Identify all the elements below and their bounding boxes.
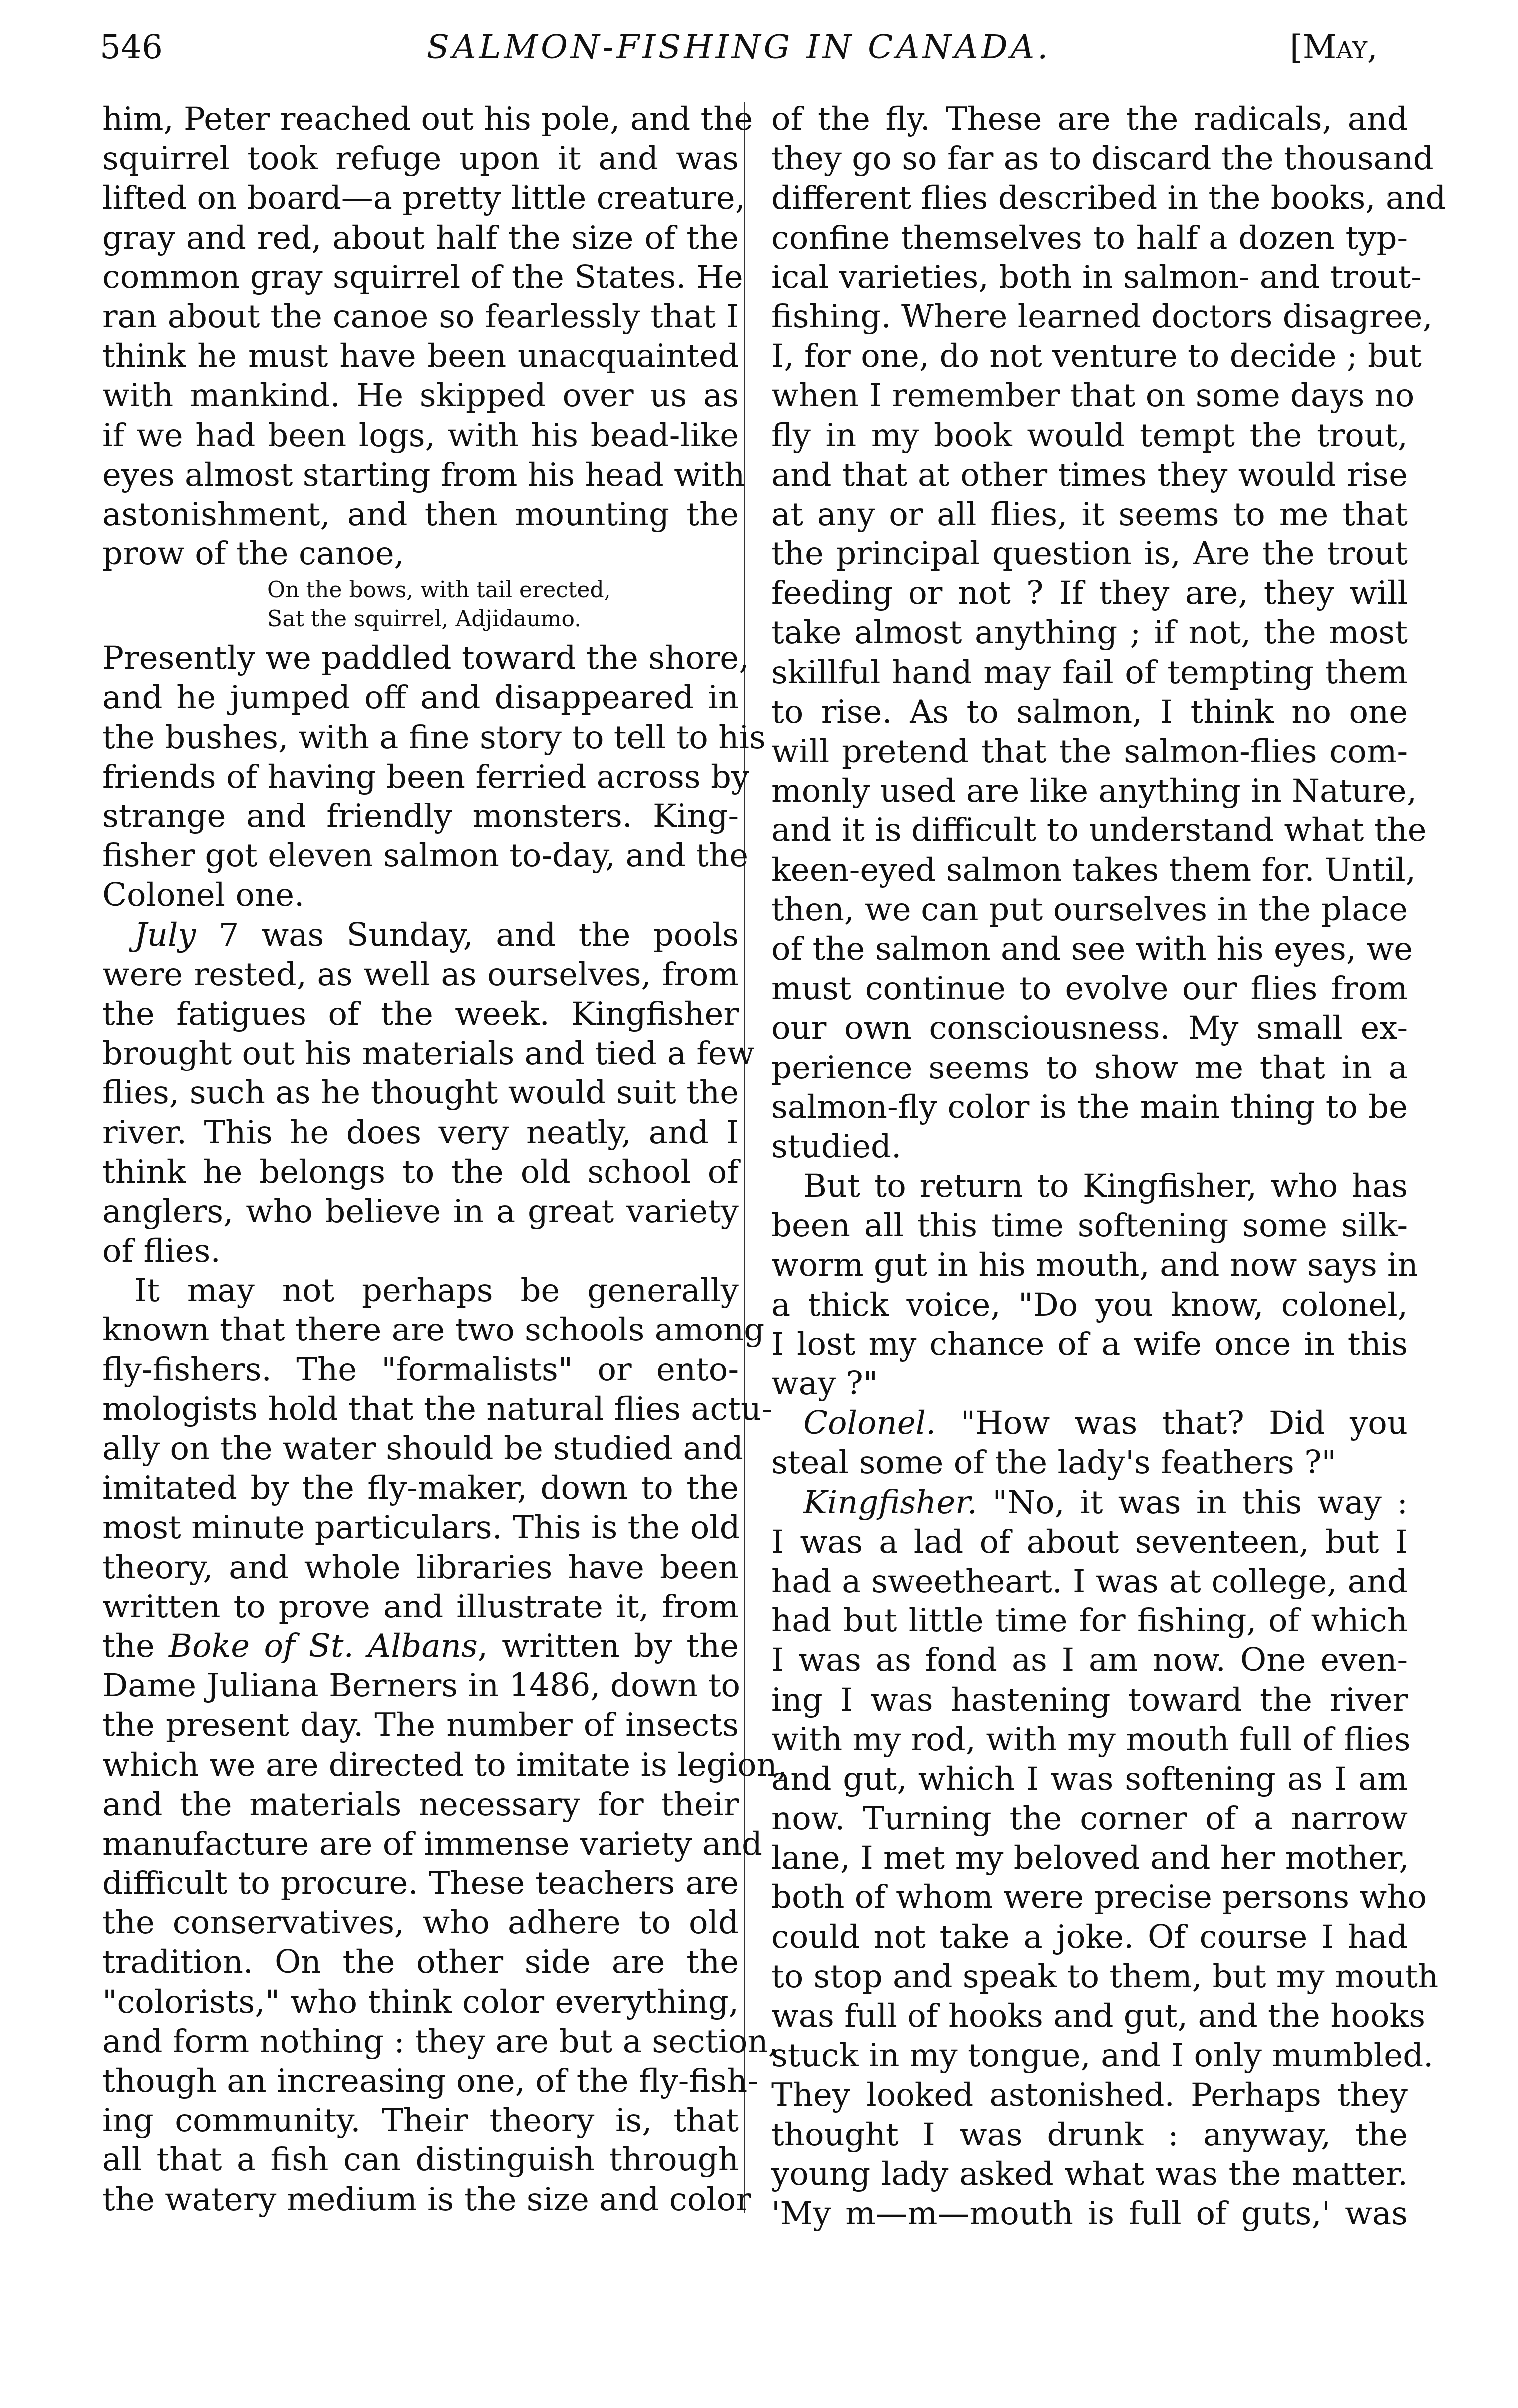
text-line: imitated by the fly-maker, down to the [102, 1469, 739, 1508]
text-line: difficult to procure. These teachers are [102, 1864, 739, 1903]
text-line: were rested, as well as ourselves, from [102, 955, 739, 995]
text-line: the bushes, with a fine story to tell to… [102, 718, 739, 758]
text-line: fly-fishers. The "formalists" or ento- [102, 1350, 739, 1390]
text-line: Colonel. "How was that? Did you [771, 1404, 1408, 1443]
text-line: Presently we paddled toward the shore, [102, 639, 739, 678]
text-line: way ?" [771, 1364, 1408, 1404]
text-line: tradition. On the other side are the [102, 1943, 739, 1982]
text-line: young lady asked what was the matter. [771, 2155, 1408, 2194]
text-line: ical varieties, both in salmon- and trou… [771, 258, 1408, 297]
text-line: feeding or not ? If they are, they will [771, 574, 1408, 613]
paragraph-kingfisher: Kingfisher. "No, it was in this way : I … [771, 1483, 1408, 2234]
text-line: of the salmon and see with his eyes, we [771, 930, 1408, 969]
text-line: think he belongs to the old school of [102, 1153, 739, 1192]
text-line: mologists hold that the natural flies ac… [102, 1390, 739, 1429]
text-line: to rise. As to salmon, I think no one [771, 693, 1408, 732]
text-line: keen-eyed salmon takes them for. Until, [771, 851, 1408, 890]
text-line: and the materials necessary for their [102, 1785, 739, 1825]
date-emphasis: July [134, 917, 196, 954]
text-line: They looked astonished. Perhaps they [771, 2076, 1408, 2115]
text-line: But to return to Kingfisher, who has [771, 1167, 1408, 1206]
text-line: of flies. [102, 1232, 739, 1271]
left-column: him, Peter reached out his pole, and the… [102, 100, 739, 2220]
running-head: 546 SALMON-FISHING IN CANADA. [May, [100, 20, 1378, 75]
text-fragment: the [102, 1628, 169, 1665]
text-line: all that a fish can distinguish through [102, 2140, 739, 2180]
right-column: of the fly. These are the radicals, and … [771, 100, 1408, 2234]
speaker-name: Colonel. [803, 1405, 936, 1442]
text-line: at any or all flies, it seems to me that [771, 495, 1408, 535]
text-line: Dame Juliana Berners in 1486, down to [102, 1666, 739, 1706]
text-line: the present day. The number of insects [102, 1706, 739, 1745]
book-title: Boke of St. Albans [169, 1628, 478, 1665]
text-line: the Boke of St. Albans, written by the [102, 1627, 739, 1666]
text-line: now. Turning the corner of a narrow [771, 1799, 1408, 1839]
text-line: perience seems to show me that in a [771, 1049, 1408, 1088]
text-line: ing community. Their theory is, that [102, 2101, 739, 2140]
paragraph-radicals: of the fly. These are the radicals, and … [771, 100, 1408, 1167]
text-line: flies, such as he thought would suit the [102, 1073, 739, 1113]
text-line: the fatigues of the week. Kingfisher [102, 995, 739, 1034]
text-line: worm gut in his mouth, and now says in [771, 1246, 1408, 1285]
text-line: "colorists," who think color everything, [102, 1983, 739, 2022]
text-line: could not take a joke. Of course I had [771, 1918, 1408, 1957]
text-line: when I remember that on some days no [771, 376, 1408, 416]
verse-line: On the bows, with tail erected, [102, 576, 739, 605]
text-line: confine themselves to half a dozen typ- [771, 219, 1408, 258]
text-line: must continue to evolve our flies from [771, 969, 1408, 1009]
text-line: think he must have been unacquainted [102, 337, 739, 376]
text-line: with mankind. He skipped over us as [102, 376, 739, 416]
text-line: a thick voice, "Do you know, colonel, [771, 1286, 1408, 1325]
paragraph-july: July 7 was Sunday, and the pools were re… [102, 916, 739, 1272]
text-line: and that at other times they would rise [771, 456, 1408, 495]
text-line: lane, I met my beloved and her mother, [771, 1839, 1408, 1878]
text-line: and form nothing : they are but a sectio… [102, 2022, 739, 2062]
running-month: [May, [1290, 20, 1378, 75]
text-line: river. This he does very neatly, and I [102, 1113, 739, 1153]
text-fragment: "No, it was in this way : [977, 1484, 1408, 1521]
text-line: the conservatives, who adhere to old [102, 1903, 739, 1943]
text-line: him, Peter reached out his pole, and the [102, 100, 739, 139]
paragraph-return: But to return to Kingfisher, who has bee… [771, 1167, 1408, 1404]
text-line: salmon-fly color is the main thing to be [771, 1088, 1408, 1127]
text-line: ing I was hastening toward the river [771, 1681, 1408, 1720]
verse-quotation: On the bows, with tail erected, Sat the … [102, 576, 739, 634]
text-line: I, for one, do not venture to decide ; b… [771, 337, 1408, 376]
text-line: strange and friendly monsters. King- [102, 797, 739, 836]
text-line: the watery medium is the size and color [102, 2180, 739, 2220]
text-line: fishing. Where learned doctors disagree, [771, 297, 1408, 337]
text-line: and gut, which I was softening as I am [771, 1760, 1408, 1799]
text-line: July 7 was Sunday, and the pools [102, 916, 739, 955]
text-line: take almost anything ; if not, the most [771, 613, 1408, 653]
text-line: ran about the canoe so fearlessly that I [102, 297, 739, 337]
text-line: if we had been logs, with his bead-like [102, 416, 739, 456]
text-line: common gray squirrel of the States. He [102, 258, 739, 297]
text-line: 'My m—m—mouth is full of guts,' was [771, 2194, 1408, 2234]
text-line: eyes almost starting from his head with [102, 456, 739, 495]
text-line: was full of hooks and gut, and the hooks [771, 1997, 1408, 2036]
speaker-name: Kingfisher. [803, 1484, 977, 1521]
text-line: squirrel took refuge upon it and was [102, 139, 739, 179]
text-line: which we are directed to imitate is legi… [102, 1746, 739, 1785]
text-line: Kingfisher. "No, it was in this way : [771, 1483, 1408, 1523]
text-line: friends of having been ferried across by [102, 758, 739, 797]
text-line: fisher got eleven salmon to-day, and the [102, 836, 739, 876]
text-line: both of whom were precise persons who [771, 1878, 1408, 1917]
text-line: different flies described in the books, … [771, 179, 1408, 218]
text-line: theory, and whole libraries have been [102, 1548, 739, 1588]
document-page: 546 SALMON-FISHING IN CANADA. [May, him,… [0, 0, 1518, 2408]
text-line: then, we can put ourselves in the place [771, 890, 1408, 930]
text-fragment: 7 was Sunday, and the pools [196, 917, 739, 954]
paragraph-schools: It may not perhaps be generally known th… [102, 1271, 739, 2220]
text-line: our own consciousness. My small ex- [771, 1009, 1408, 1048]
text-line: and he jumped off and disappeared in [102, 678, 739, 718]
text-line: manufacture are of immense variety and [102, 1825, 739, 1864]
text-line: the principal question is, Are the trout [771, 535, 1408, 574]
text-line: skillful hand may fail of tempting them [771, 653, 1408, 693]
text-line: thought I was drunk : anyway, the [771, 2116, 1408, 2155]
text-line: brought out his materials and tied a few [102, 1034, 739, 1073]
text-line: had a sweetheart. I was at college, and [771, 1562, 1408, 1602]
text-line: It may not perhaps be generally [102, 1271, 739, 1311]
text-line: steal some of the lady's feathers ?" [771, 1443, 1408, 1483]
column-divider [744, 102, 745, 2213]
text-line: stuck in my tongue, and I only mumbled. [771, 2036, 1408, 2076]
verse-line: Sat the squirrel, Adjidaumo. [102, 605, 739, 634]
text-line: ally on the water should be studied and [102, 1429, 739, 1469]
text-line: known that there are two schools among [102, 1311, 739, 1350]
text-line: Colonel one. [102, 876, 739, 915]
text-line: had but little time for fishing, of whic… [771, 1602, 1408, 1641]
text-fragment: , written by the [478, 1628, 739, 1665]
text-line: with my rod, with my mouth full of flies [771, 1720, 1408, 1760]
text-line: of the fly. These are the radicals, and [771, 100, 1408, 139]
text-line: fly in my book would tempt the trout, [771, 416, 1408, 456]
text-line: I was a lad of about seventeen, but I [771, 1523, 1408, 1562]
paragraph-squirrel: him, Peter reached out his pole, and the… [102, 100, 739, 574]
text-fragment: "How was that? Did you [936, 1405, 1408, 1442]
text-line: been all this time softening some silk- [771, 1206, 1408, 1246]
text-line: astonishment, and then mounting the [102, 495, 739, 535]
text-line: anglers, who believe in a great variety [102, 1192, 739, 1232]
text-line: I was as fond as I am now. One even- [771, 1641, 1408, 1680]
paragraph-colonel: Colonel. "How was that? Did you steal so… [771, 1404, 1408, 1483]
text-line: I lost my chance of a wife once in this [771, 1325, 1408, 1364]
running-title: SALMON-FISHING IN CANADA. [100, 20, 1378, 75]
text-line: will pretend that the salmon-flies com- [771, 732, 1408, 772]
paragraph-presently: Presently we paddled toward the shore, a… [102, 639, 739, 915]
text-line: prow of the canoe, [102, 535, 739, 574]
text-line: studied. [771, 1127, 1408, 1167]
text-line: though an increasing one, of the fly-fis… [102, 2062, 739, 2101]
text-line: monly used are like anything in Nature, [771, 772, 1408, 811]
text-line: to stop and speak to them, but my mouth [771, 1957, 1408, 1997]
text-line: most minute particulars. This is the old [102, 1508, 739, 1548]
text-line: gray and red, about half the size of the [102, 219, 739, 258]
text-line: they go so far as to discard the thousan… [771, 139, 1408, 179]
text-line: and it is difficult to understand what t… [771, 811, 1408, 850]
text-line: written to prove and illustrate it, from [102, 1588, 739, 1627]
text-line: lifted on board—a pretty little creature… [102, 179, 739, 218]
